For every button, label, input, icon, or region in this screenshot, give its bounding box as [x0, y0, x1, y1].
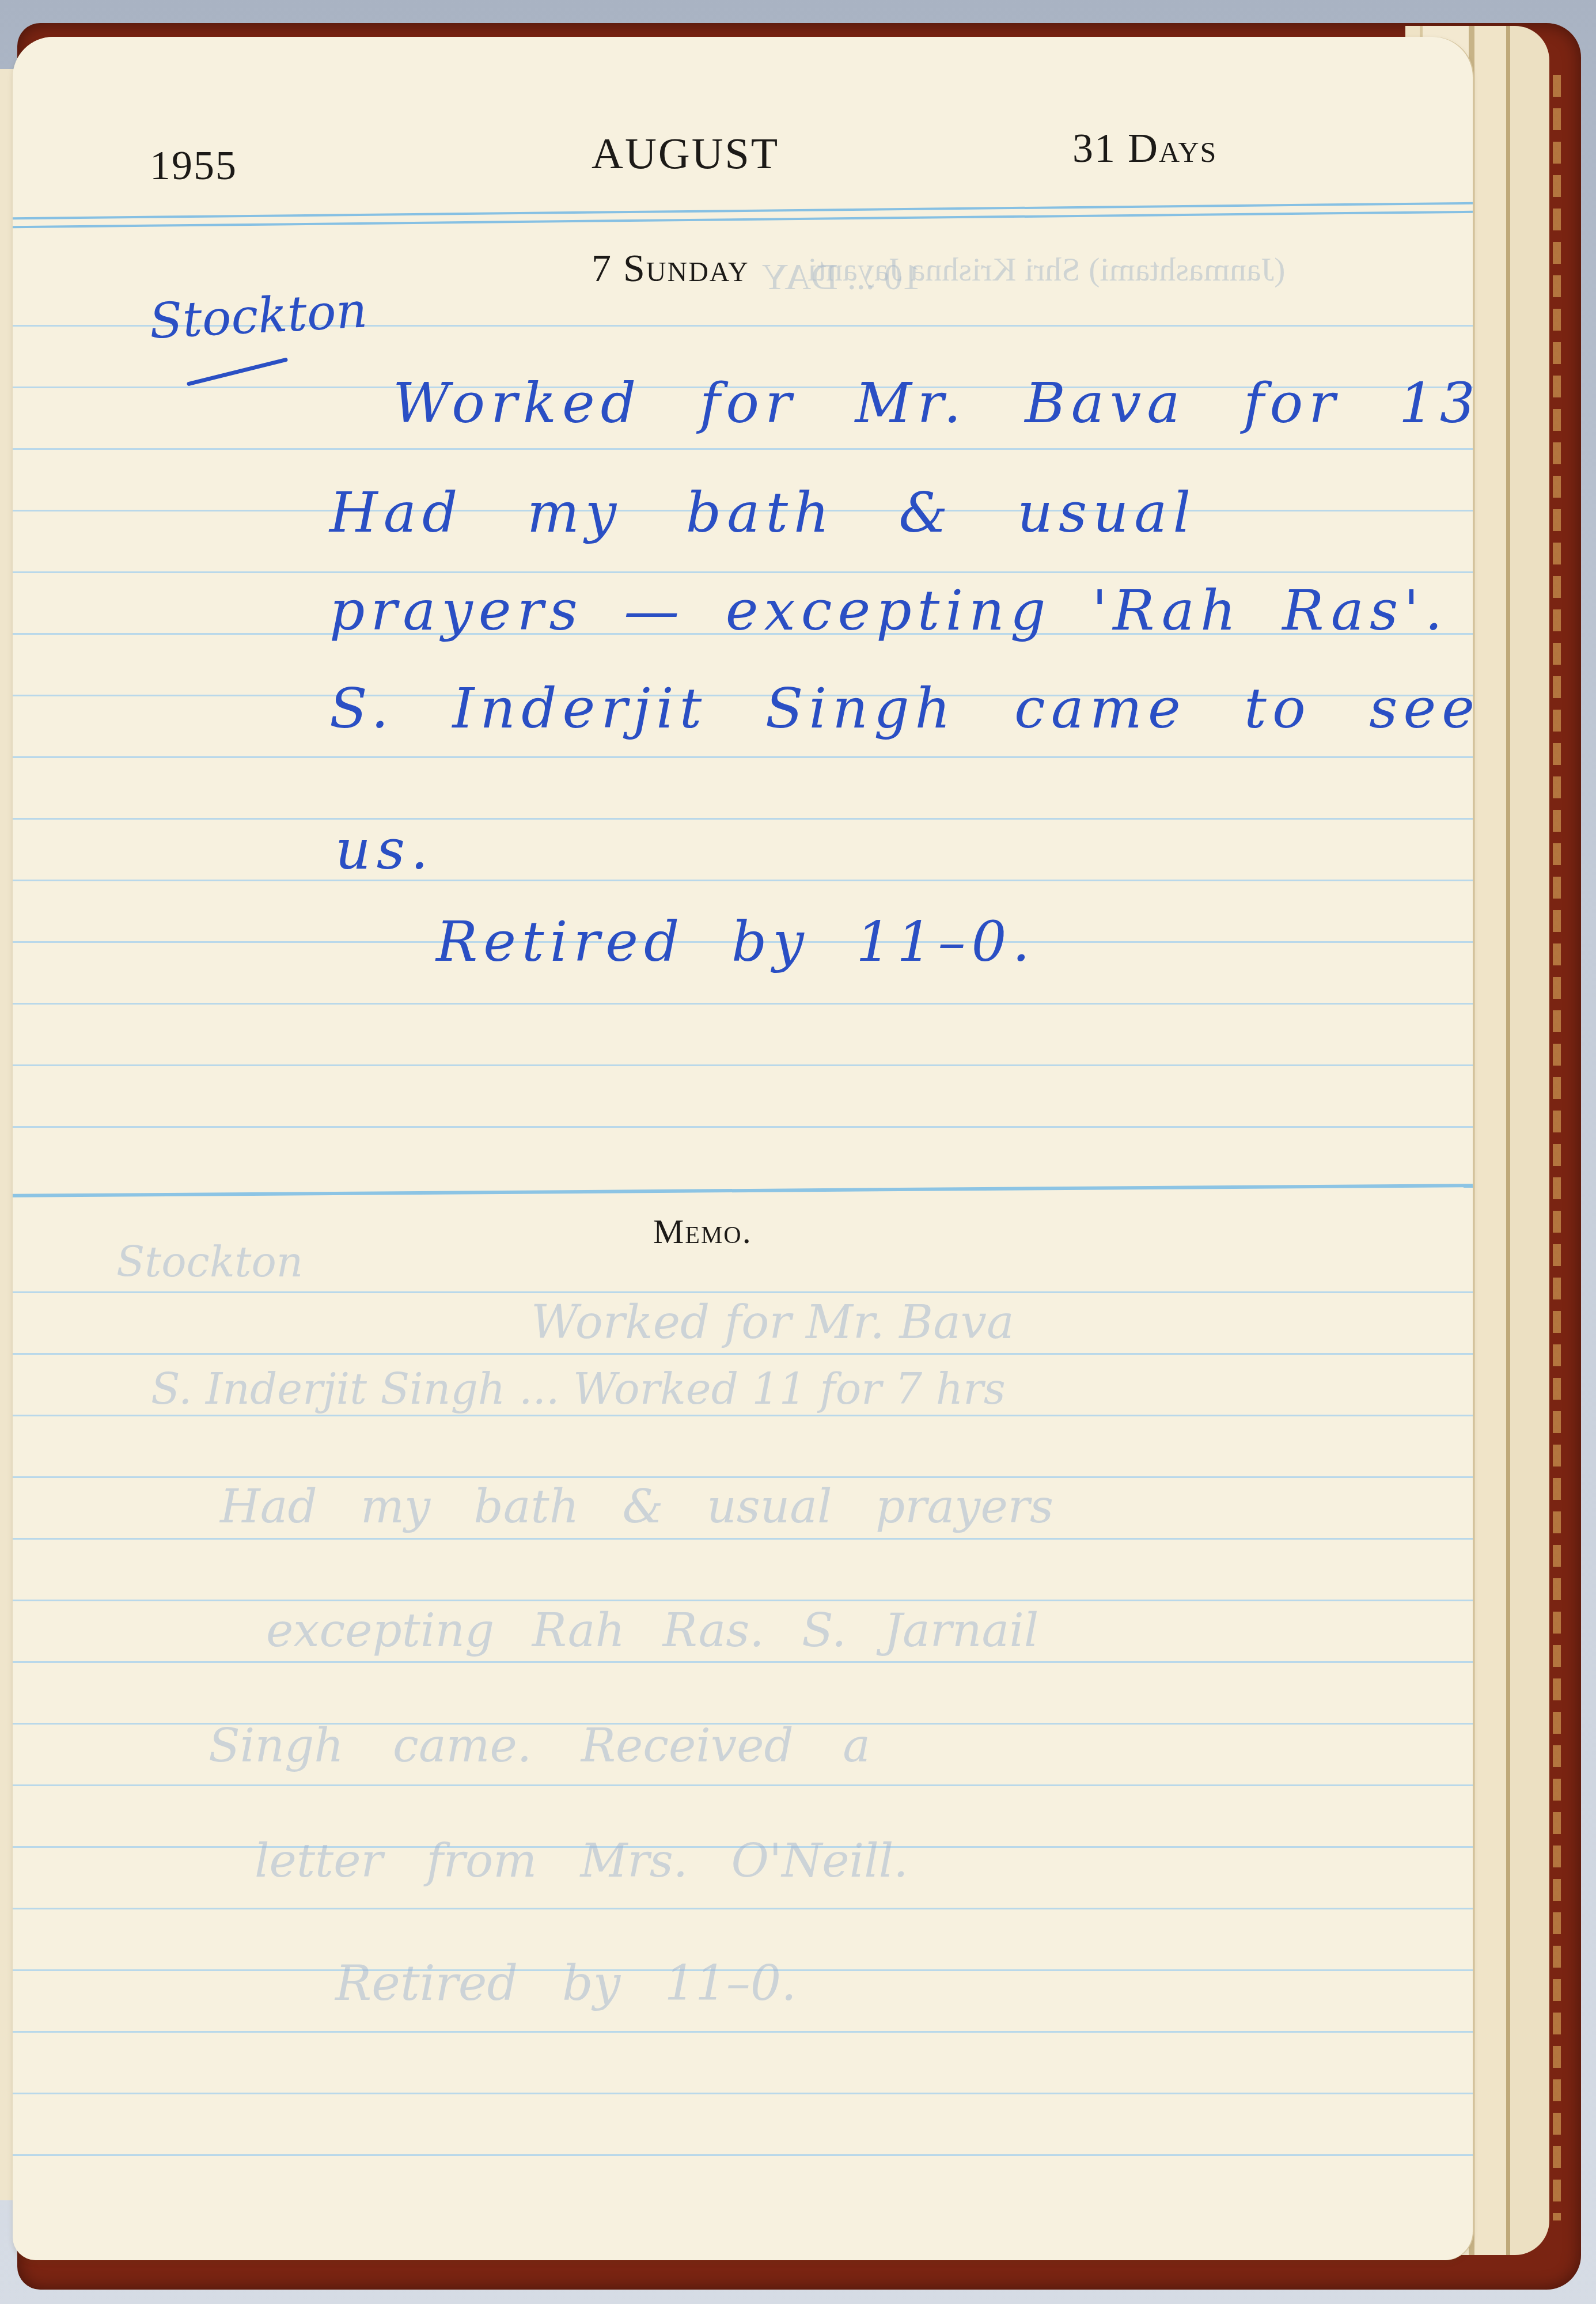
bleed-through-memo-line: S. Inderjit Singh ... Worked 11 for 7 hr… — [151, 1365, 1006, 1414]
entry-line: us. — [335, 817, 434, 882]
ruled-line — [13, 571, 1473, 573]
ruled-line — [13, 2031, 1473, 2033]
ruled-line — [13, 880, 1473, 881]
cover-stitching — [1553, 75, 1561, 2220]
place-note-underline — [187, 357, 288, 386]
ruled-line — [13, 2154, 1473, 2156]
header-rule-bottom — [13, 211, 1473, 229]
ruled-line — [13, 1353, 1473, 1355]
diary-page: 10 ... DAY (Janmashtami) Shri Krishna Ja… — [13, 37, 1473, 2260]
day-weekday: Sunday — [623, 246, 749, 290]
bleed-through-memo-line: Had my bath & usual prayers — [220, 1480, 1053, 1533]
days-label: Days — [1128, 125, 1217, 171]
ruled-line — [13, 1600, 1473, 1601]
bleed-through-memo-line: Stockton — [116, 1238, 303, 1286]
day-number: 7 — [592, 246, 612, 290]
days-count: 31 — [1072, 125, 1116, 171]
ruled-line — [13, 1538, 1473, 1540]
entry-line: S. Inderjit Singh came to see — [329, 676, 1473, 741]
memo-divider — [13, 1184, 1473, 1198]
memo-heading: Memo. — [653, 1212, 752, 1252]
ruled-line — [13, 818, 1473, 820]
bleed-through-memo-line: Retired by 11–0. — [335, 1955, 797, 2011]
ruled-line — [13, 1415, 1473, 1416]
entry-line: Retired by 11–0. — [436, 910, 1036, 974]
header-year: 1955 — [150, 142, 237, 190]
day-heading: 7 Sunday — [592, 245, 749, 291]
bleed-through-memo-line: Singh came. Received a — [208, 1719, 870, 1772]
entry-line: prayers — excepting 'Rah Ras'. — [329, 578, 1448, 643]
ruled-line — [13, 1476, 1473, 1478]
ruled-line — [13, 756, 1473, 758]
ruled-line — [13, 1661, 1473, 1663]
bleed-through-memo-line: letter from Mrs. O'Neill. — [255, 1834, 908, 1888]
ruled-line — [13, 1126, 1473, 1128]
bleed-through-header-note: (Janmashtami) Shri Krishna Jayanti — [808, 250, 1286, 289]
place-note: Stockton — [148, 282, 369, 350]
ruled-line — [13, 1291, 1473, 1293]
header-rule-top — [13, 202, 1473, 220]
ruled-line — [13, 1003, 1473, 1005]
ruled-line — [13, 2093, 1473, 2094]
ruled-line — [13, 448, 1473, 450]
entry-line: Worked for Mr. Bava for 13 hrs. — [393, 371, 1473, 435]
header-month: AUGUST — [592, 129, 779, 179]
ruled-line — [13, 1064, 1473, 1066]
ruled-line — [13, 1908, 1473, 1909]
entry-line: Had my bath & usual — [329, 480, 1196, 545]
bleed-through-memo-line: excepting Rah Ras. S. Jarnail — [266, 1604, 1038, 1657]
header-days-in-month: 31 Days — [1072, 124, 1217, 172]
ruled-line — [13, 1784, 1473, 1786]
bleed-through-memo-line: Worked for Mr. Bava — [531, 1295, 1014, 1349]
